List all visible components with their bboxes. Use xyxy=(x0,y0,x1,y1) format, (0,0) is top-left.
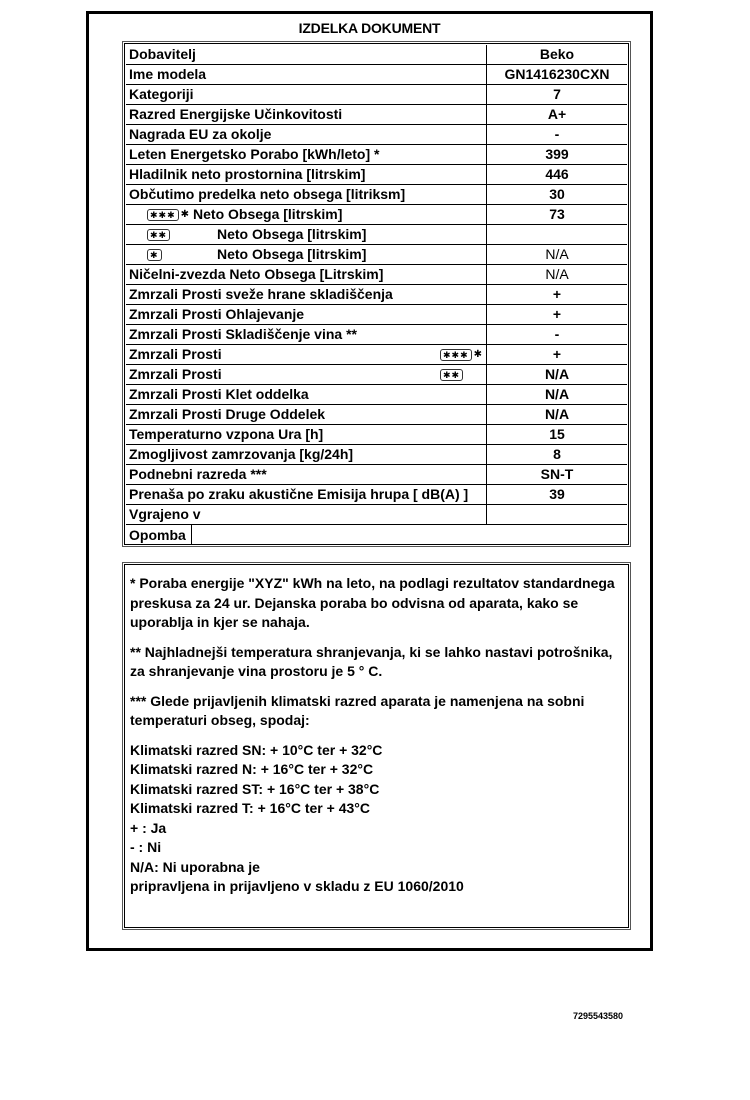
row-value: 7 xyxy=(487,85,627,104)
row-label: Ime modela xyxy=(126,65,487,84)
row-value: + xyxy=(487,285,627,304)
row-value xyxy=(487,225,627,244)
table-row: ✱✱✱✱ Neto Obsega [litrskim] 73 xyxy=(126,205,627,225)
row-value: 399 xyxy=(487,145,627,164)
row-label: Nagrada EU za okolje xyxy=(126,125,487,144)
table-row: Leten Energetsko Porabo [kWh/leto] *399 xyxy=(126,145,627,165)
row-label: Zmrzali Prosti sveže hrane skladiščenja xyxy=(126,285,487,304)
document-title: IZDELKA DOKUMENT xyxy=(89,20,650,36)
row-value: GN1416230CXN xyxy=(487,65,627,84)
extra-star-icon: ✱ xyxy=(181,205,189,224)
document-code: 7295543580 xyxy=(573,1011,623,1021)
note-line: Klimatski razred T: + 16°C ter + 43°C xyxy=(130,799,620,819)
row-label: Razred Energijske Učinkovitosti xyxy=(126,105,487,124)
row-label: Zmrzali Prosti Druge Oddelek xyxy=(126,405,487,424)
row-value: 446 xyxy=(487,165,627,184)
row-value: N/A xyxy=(487,405,627,424)
four-star-freezer-icon: ✱✱✱ xyxy=(147,209,179,221)
row-label: Neto Obsega [litrskim] xyxy=(217,245,366,264)
table-row: Zmrzali Prosti sveže hrane skladiščenja+ xyxy=(126,285,627,305)
table-row: ✱ Neto Obsega [litrskim] N/A xyxy=(126,245,627,265)
row-label: Dobavitelj xyxy=(126,45,487,64)
row-label: Zmrzali Prosti Ohlajevanje xyxy=(126,305,487,324)
row-value: A+ xyxy=(487,105,627,124)
row-label: Opomba xyxy=(126,525,192,545)
row-label: Zmrzali Prosti Skladiščenje vina ** xyxy=(126,325,487,344)
table-row: Zmrzali Prosti ✱✱✱✱ + xyxy=(126,345,627,365)
table-row: Podnebni razreda ***SN-T xyxy=(126,465,627,485)
row-label: Neto Obsega [litrskim] xyxy=(217,225,366,244)
row-label: Zmogljivost zamrzovanja [kg/24h] xyxy=(126,445,487,464)
table-row: Nagrada EU za okolje- xyxy=(126,125,627,145)
note-line: Klimatski razred SN: + 10°C ter + 32°C xyxy=(130,741,620,761)
table-row: Zmrzali Prosti Klet oddelkaN/A xyxy=(126,385,627,405)
row-value: N/A xyxy=(487,365,627,384)
four-star-freezer-icon: ✱✱✱ xyxy=(440,349,472,361)
note-line: pripravljena in prijavljeno v skladu z E… xyxy=(130,877,620,897)
table-row: Zmrzali Prosti Skladiščenje vina **- xyxy=(126,325,627,345)
table-row: DobaviteljBeko xyxy=(126,45,627,65)
extra-star-icon: ✱ xyxy=(474,345,482,364)
table-row: Občutimo predelka neto obsega [litriksm]… xyxy=(126,185,627,205)
row-label: Prenaša po zraku akustične Emisija hrupa… xyxy=(126,485,487,504)
table-row: Zmrzali Prosti Ohlajevanje+ xyxy=(126,305,627,325)
table-row: Kategoriji7 xyxy=(126,85,627,105)
table-row: Hladilnik neto prostornina [litrskim]446 xyxy=(126,165,627,185)
row-value: N/A xyxy=(487,245,627,264)
row-label: Zmrzali Prosti xyxy=(129,345,222,364)
table-row: Zmrzali Prosti Druge OddelekN/A xyxy=(126,405,627,425)
note-line: + : Ja xyxy=(130,819,620,839)
table-row: Zmrzali Prosti ✱✱ N/A xyxy=(126,365,627,385)
note-line: - : Ni xyxy=(130,838,620,858)
row-value: - xyxy=(487,325,627,344)
row-label: Vgrajeno v xyxy=(126,505,487,524)
note-line: N/A: Ni uporabna je xyxy=(130,858,620,878)
row-value: + xyxy=(487,345,627,364)
product-data-table: DobaviteljBeko Ime modelaGN1416230CXN Ka… xyxy=(124,43,629,545)
row-label: Podnebni razreda *** xyxy=(126,465,487,484)
table-row: Prenaša po zraku akustične Emisija hrupa… xyxy=(126,485,627,505)
row-value: + xyxy=(487,305,627,324)
table-row: Zmogljivost zamrzovanja [kg/24h]8 xyxy=(126,445,627,465)
table-row: ✱✱ Neto Obsega [litrskim] xyxy=(126,225,627,245)
footnote-wine-storage: ** Najhladnejši temperatura shranjevanja… xyxy=(130,643,620,682)
two-star-freezer-icon: ✱✱ xyxy=(440,369,463,381)
note-line: Klimatski razred ST: + 16°C ter + 38°C xyxy=(130,780,620,800)
document-frame: IZDELKA DOKUMENT DobaviteljBeko Ime mode… xyxy=(86,11,653,951)
row-label: Leten Energetsko Porabo [kWh/leto] * xyxy=(126,145,487,164)
row-label: Občutimo predelka neto obsega [litriksm] xyxy=(126,185,487,204)
table-row: Opomba xyxy=(126,525,627,545)
table-row: Ničelni-zvezda Neto Obsega [Litrskim]N/A xyxy=(126,265,627,285)
row-value: 15 xyxy=(487,425,627,444)
row-label: Neto Obsega [litrskim] xyxy=(193,205,342,224)
row-label: Hladilnik neto prostornina [litrskim] xyxy=(126,165,487,184)
footnotes-box: * Poraba energije "XYZ" kWh na leto, na … xyxy=(124,564,629,928)
two-star-freezer-icon: ✱✱ xyxy=(147,229,170,241)
row-value: N/A xyxy=(487,265,627,284)
row-label: Temperaturno vzpona Ura [h] xyxy=(126,425,487,444)
row-label: Ničelni-zvezda Neto Obsega [Litrskim] xyxy=(126,265,487,284)
row-label: Kategoriji xyxy=(126,85,487,104)
row-value: 39 xyxy=(487,485,627,504)
row-value: SN-T xyxy=(487,465,627,484)
row-value: Beko xyxy=(487,45,627,64)
row-value: 8 xyxy=(487,445,627,464)
footnote-climate-class: *** Glede prijavljenih klimatski razred … xyxy=(130,692,620,731)
row-value: - xyxy=(487,125,627,144)
row-value: 30 xyxy=(487,185,627,204)
table-row: Vgrajeno v xyxy=(126,505,627,525)
row-value xyxy=(192,525,627,545)
row-label: Zmrzali Prosti xyxy=(129,365,222,384)
row-value xyxy=(487,505,627,524)
row-label: Zmrzali Prosti Klet oddelka xyxy=(126,385,487,404)
one-star-freezer-icon: ✱ xyxy=(147,249,162,261)
note-line: Klimatski razred N: + 16°C ter + 32°C xyxy=(130,760,620,780)
table-row: Ime modelaGN1416230CXN xyxy=(126,65,627,85)
row-value: 73 xyxy=(487,205,627,224)
row-value: N/A xyxy=(487,385,627,404)
table-row: Temperaturno vzpona Ura [h]15 xyxy=(126,425,627,445)
footnote-energy: * Poraba energije "XYZ" kWh na leto, na … xyxy=(130,574,620,633)
table-row: Razred Energijske UčinkovitostiA+ xyxy=(126,105,627,125)
